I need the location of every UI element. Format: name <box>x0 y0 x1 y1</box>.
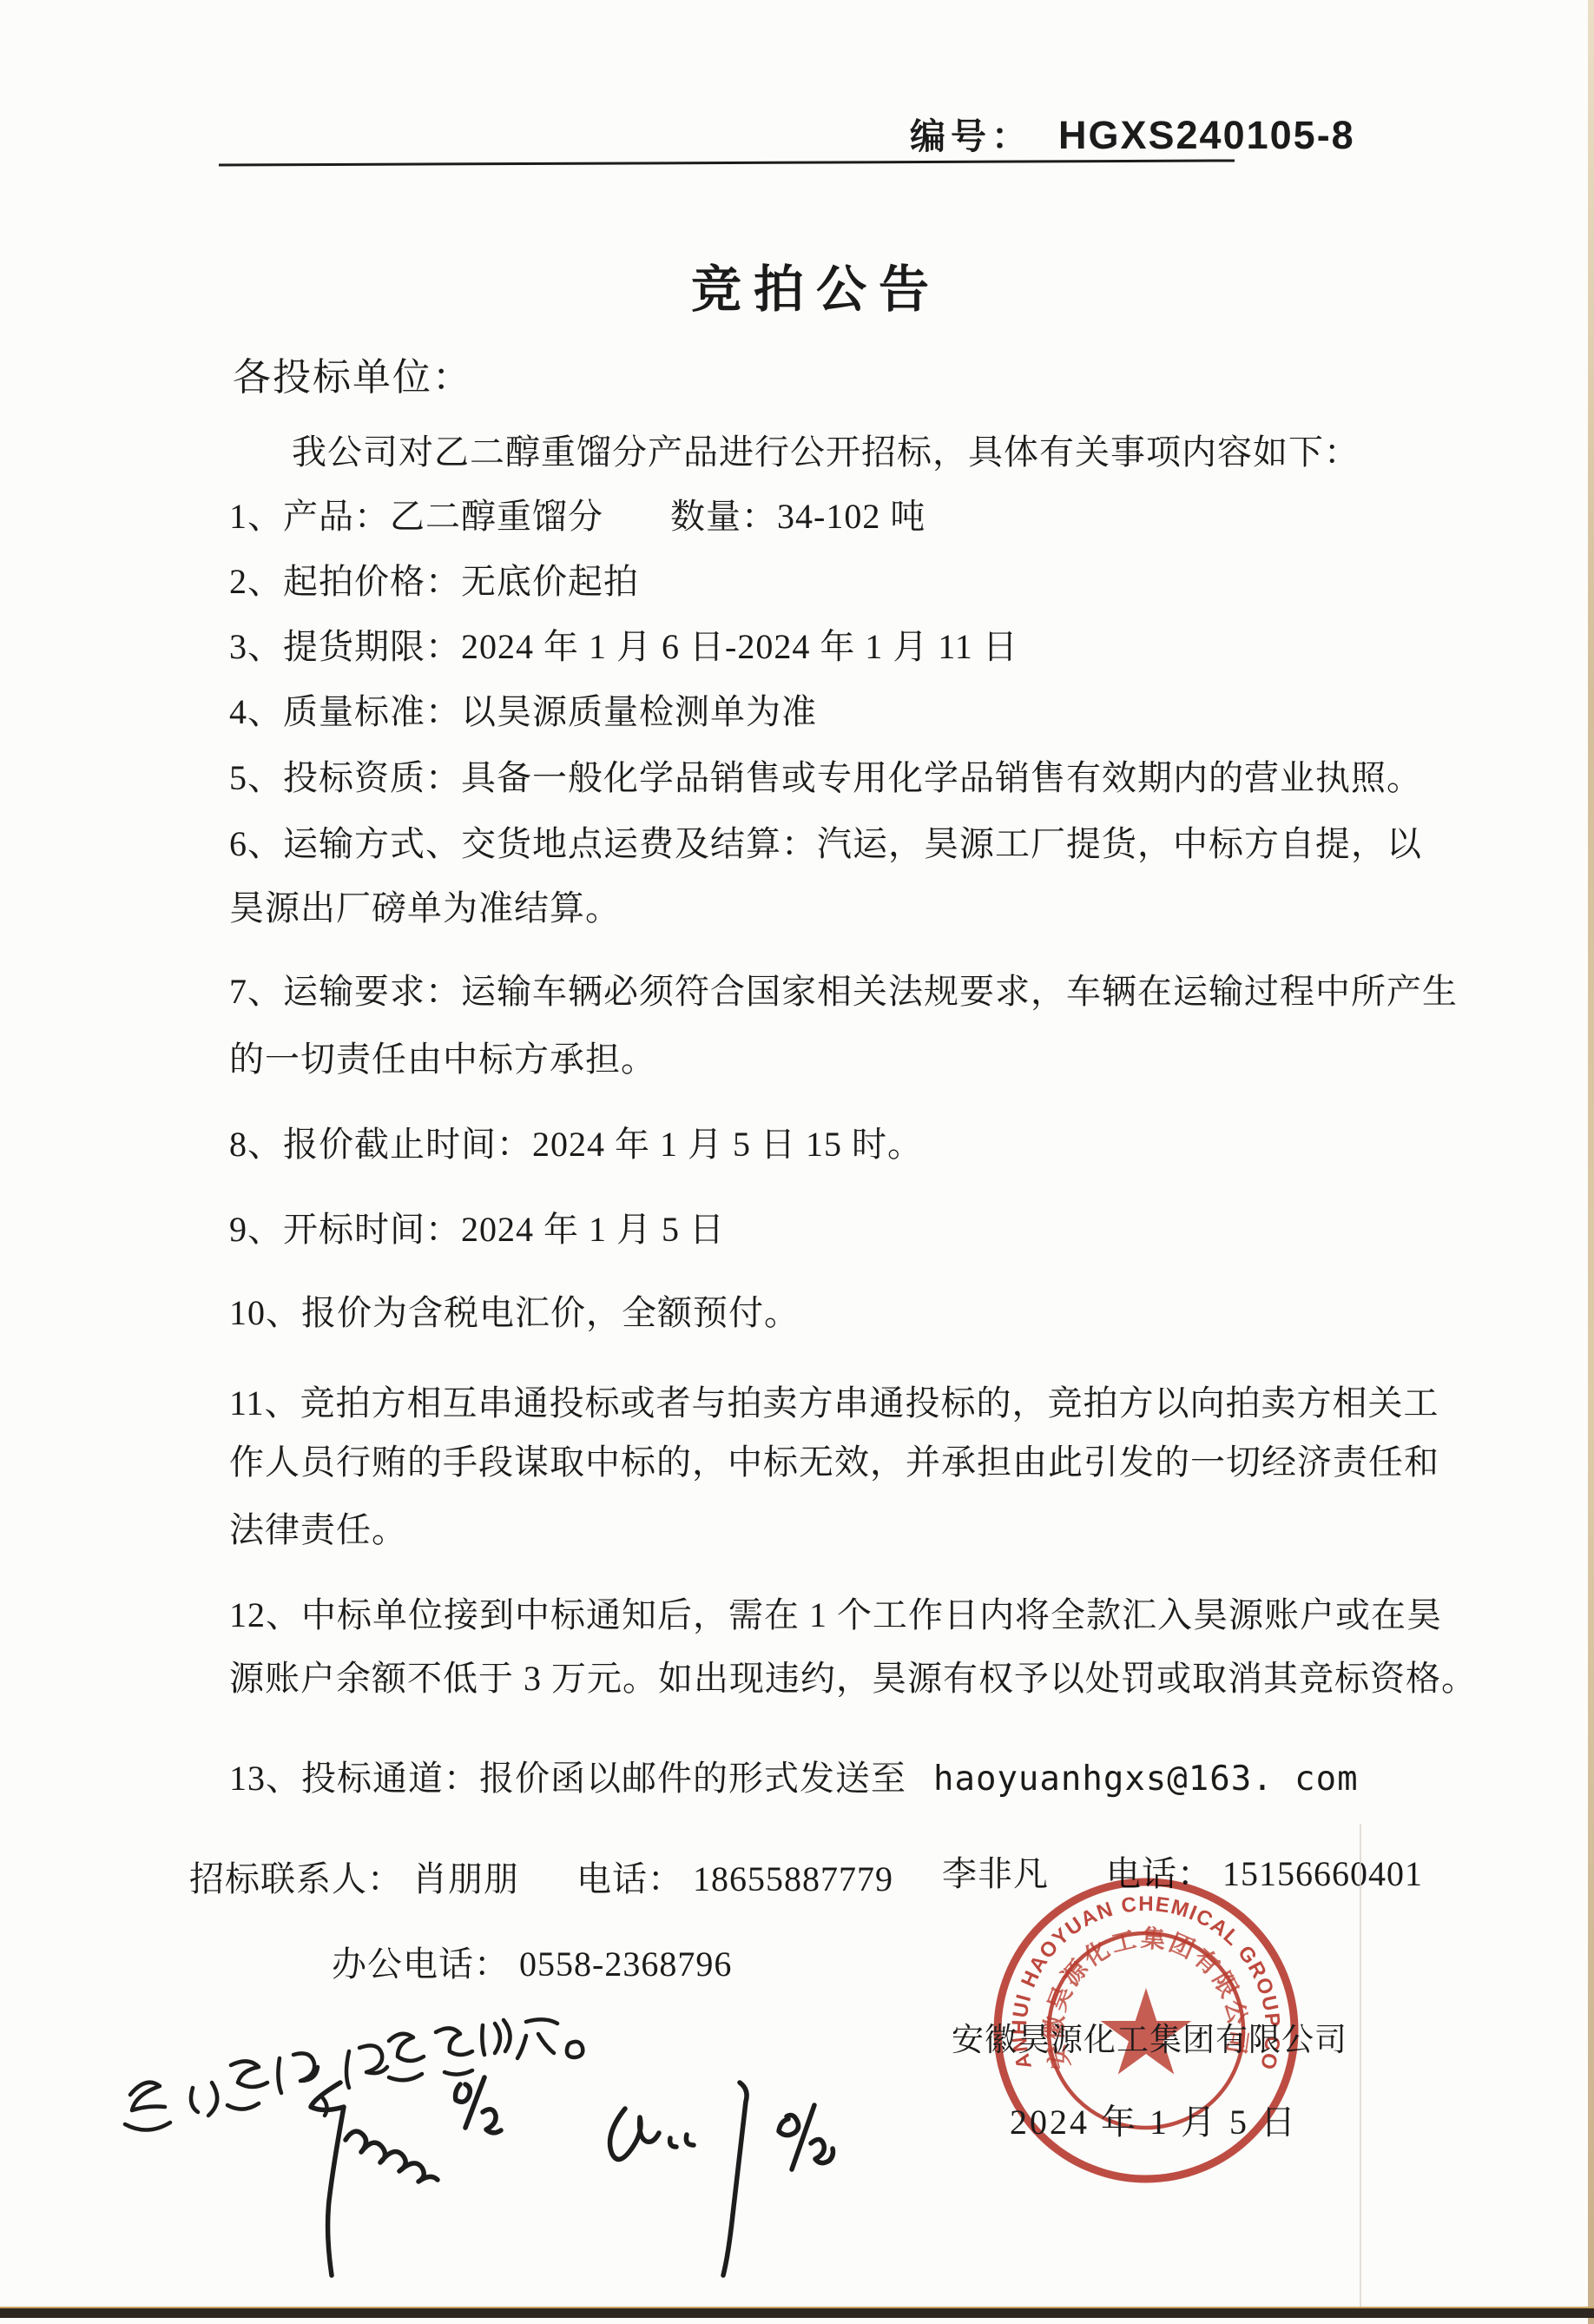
paper-crease-line <box>1360 1824 1361 2310</box>
signature-right <box>610 2083 833 2275</box>
handwriting-layer <box>0 0 1594 2324</box>
page-right-edge <box>1588 0 1594 2324</box>
signature-left <box>311 2077 501 2275</box>
page-bottom-edge <box>0 2307 1594 2318</box>
scanned-document-page: 编号： HGXS240105-8 竞拍公告 各投标单位： 我公司对乙二醇重馏分产… <box>0 0 1594 2324</box>
handwritten-note <box>125 2019 583 2129</box>
